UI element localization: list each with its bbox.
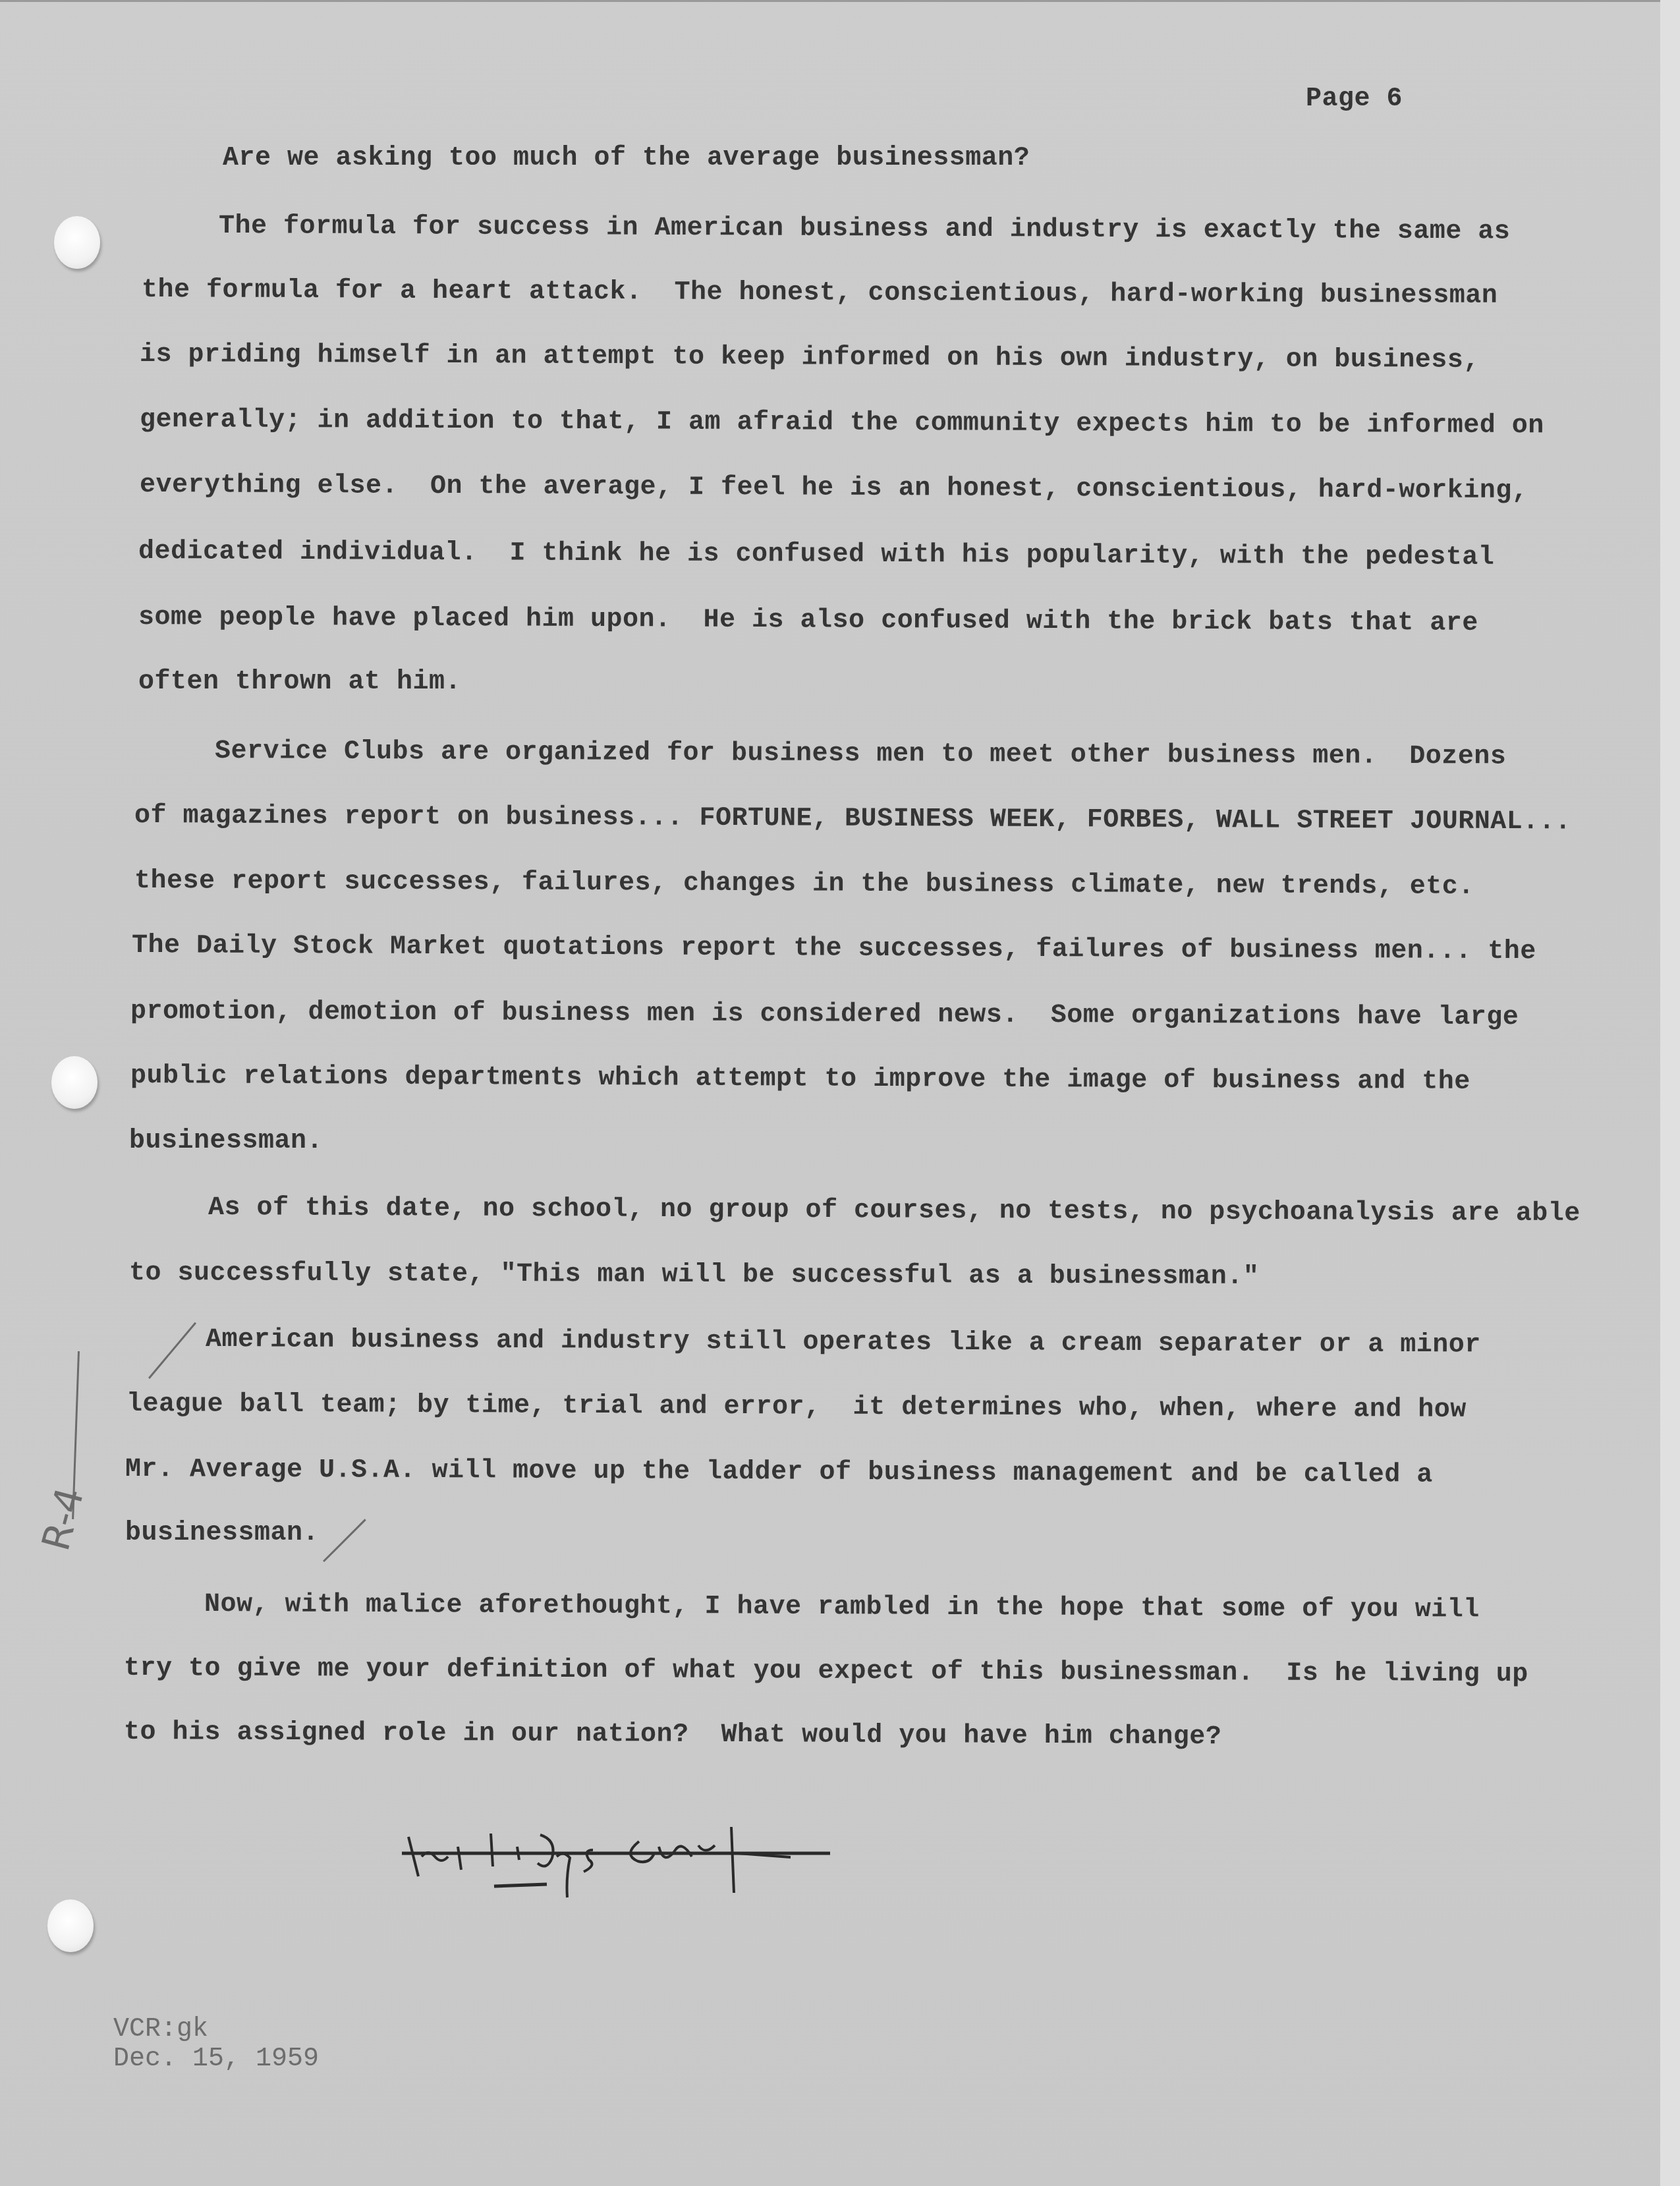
typist-initials: VCR:gk	[113, 2015, 208, 2044]
paragraph-5-line-2: try to give me your definition of what y…	[124, 1654, 1528, 1689]
paragraph-1-line-8: often thrown at him.	[138, 667, 461, 697]
document-date: Dec. 15, 1959	[113, 2044, 319, 2074]
document-page: Page 6 Are we asking too much of the ave…	[0, 0, 1663, 2186]
paper-edge	[1660, 0, 1680, 2186]
pencil-slash-start	[148, 1322, 196, 1379]
handwritten-annotation-r4: R-4	[33, 1482, 92, 1555]
paragraph-1-line-6: dedicated individual. I think he is conf…	[138, 537, 1495, 573]
paragraph-1-line-2: the formula for a heart attack. The hone…	[142, 275, 1498, 311]
crossed-out-handwriting	[395, 1820, 856, 1913]
paragraph-1-line-7: some people have placed him upon. He is …	[138, 603, 1478, 638]
punch-hole-bottom	[47, 1899, 94, 1952]
punch-hole-top	[54, 216, 100, 269]
paragraph-4-line-4: businessman.	[125, 1519, 319, 1548]
paragraph-2-line-7: businessman.	[129, 1127, 323, 1156]
paragraph-4-line-2: league ball team; by time, trial and err…	[126, 1389, 1467, 1425]
paragraph-5-line-1: Now, with malice aforethought, I have ra…	[204, 1590, 1480, 1625]
punch-hole-middle	[51, 1056, 98, 1109]
paragraph-1-line-4: generally; in addition to that, I am afr…	[140, 405, 1544, 441]
paragraph-4-line-3: Mr. Average U.S.A. will move up the ladd…	[125, 1455, 1433, 1490]
paragraph-1-line-1: The formula for success in American busi…	[219, 211, 1510, 247]
paragraph-3-line-1: As of this date, no school, no group of …	[208, 1193, 1581, 1229]
paragraph-5-line-3: to his assigned role in our nation? What…	[124, 1718, 1221, 1752]
paragraph-1-line-3: is priding himself in an attempt to keep…	[140, 340, 1480, 376]
paragraph-2-line-4: The Daily Stock Market quotations report…	[132, 931, 1536, 967]
paragraph-2-line-2: of magazines report on business... FORTU…	[134, 801, 1571, 837]
pencil-slash-end	[323, 1519, 366, 1562]
paragraph-1-line-5: everything else. On the average, I feel …	[140, 470, 1528, 506]
page-number: Page 6	[1306, 84, 1403, 114]
paragraph-2-line-6: public relations departments which attem…	[130, 1061, 1470, 1097]
opening-question: Are we asking too much of the average bu…	[223, 144, 1030, 173]
paragraph-2-line-3: these report successes, failures, change…	[134, 866, 1474, 902]
paragraph-3-line-2: to successfully state, "This man will be…	[129, 1258, 1259, 1292]
paragraph-2-line-5: promotion, demotion of business men is c…	[130, 997, 1519, 1032]
paragraph-4-line-1: American business and industry still ope…	[206, 1325, 1481, 1360]
paragraph-2-line-1: Service Clubs are organized for business…	[215, 737, 1506, 772]
